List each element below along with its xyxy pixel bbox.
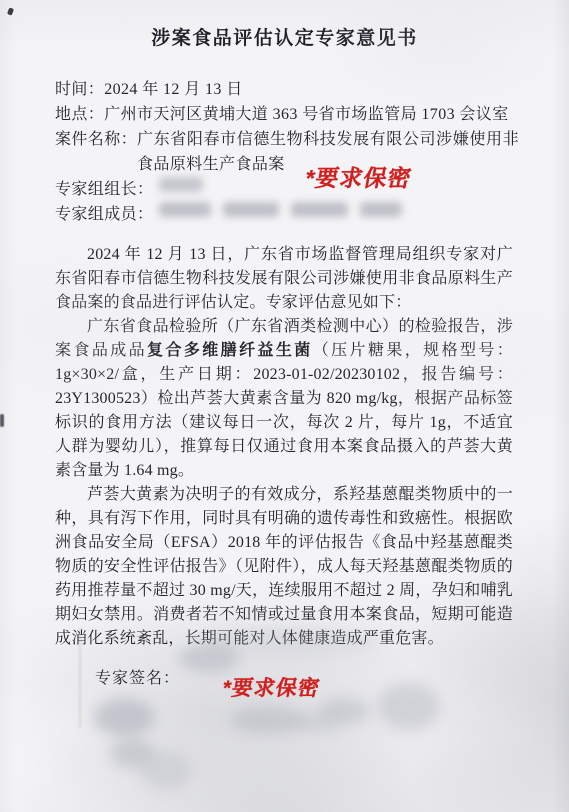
- signature-blur: [378, 682, 440, 730]
- paper-crease: [79, 628, 81, 728]
- meta-time-value: 2024 年 12 月 13 日: [104, 77, 519, 102]
- meta-members-label: 专家组成员：: [55, 202, 153, 227]
- document-body: 2024 年 12 月 13 日，广东省市场监督管理局组织专家对广东省阳春市信德…: [55, 243, 513, 651]
- meta-time-label: 时间：: [55, 77, 104, 102]
- meta-leader-label: 专家组组长：: [55, 177, 153, 202]
- meta-time: 时间： 2024 年 12 月 13 日: [55, 77, 519, 102]
- p2-post: （压片糖果，规格型号：1g×30×2/盒，生产日期：2023-01-02/202…: [55, 342, 513, 479]
- confidential-stamp-bottom: *要求保密: [220, 672, 322, 702]
- meta-place-label: 地点：: [55, 102, 104, 127]
- page-title: 涉案食品评估认定专家意见书: [0, 23, 569, 50]
- scan-speck: [7, 7, 14, 15]
- confidential-stamp-top: *要求保密: [303, 160, 415, 193]
- document-meta: 时间： 2024 年 12 月 13 日 地点： 广州市天河区黄埔大道 363 …: [55, 77, 519, 227]
- scan-smudge: [200, 628, 380, 654]
- redacted-member-names-blur: [159, 202, 402, 227]
- meta-case: 案件名称： 广东省阳春市信德生物科技发展有限公司涉嫌使用非食品原料生产食品案: [55, 127, 519, 177]
- scanned-document-page: 涉案食品评估认定专家意见书 时间： 2024 年 12 月 13 日 地点： 广…: [0, 0, 569, 812]
- meta-place: 地点： 广州市天河区黄埔大道 363 号省市场监管局 1703 会议室: [55, 102, 519, 127]
- paragraph-intro: 2024 年 12 月 13 日，广东省市场监督管理局组织专家对广东省阳春市信德…: [55, 243, 513, 315]
- redacted-leader-name-blur: [159, 177, 203, 192]
- paragraph-risk-assessment: 芦荟大黄素为决明子的有效成分，系羟基蒽醌类物质中的一种，具有泻下作用，同时具有明…: [55, 483, 513, 651]
- meta-expert-leader: 专家组组长：: [55, 177, 519, 202]
- paragraph-test-report: 广东省食品检验所（广东省酒类检测中心）的检验报告，涉案食品成品复合多维膳纤益生菌…: [55, 315, 513, 483]
- signature-blur: [230, 706, 310, 734]
- meta-case-label: 案件名称：: [55, 127, 137, 177]
- signature-blur: [140, 750, 192, 790]
- meta-expert-members: 专家组成员：: [55, 202, 519, 227]
- signature-label: 专家签名：: [95, 665, 180, 688]
- signature-blur: [93, 698, 155, 736]
- meta-place-value: 广州市天河区黄埔大道 363 号省市场监管局 1703 会议室: [104, 102, 519, 127]
- signature-blur: [318, 698, 370, 724]
- scan-speck: [0, 414, 4, 427]
- p2-product-name: 复合多维膳纤益生菌: [147, 342, 313, 359]
